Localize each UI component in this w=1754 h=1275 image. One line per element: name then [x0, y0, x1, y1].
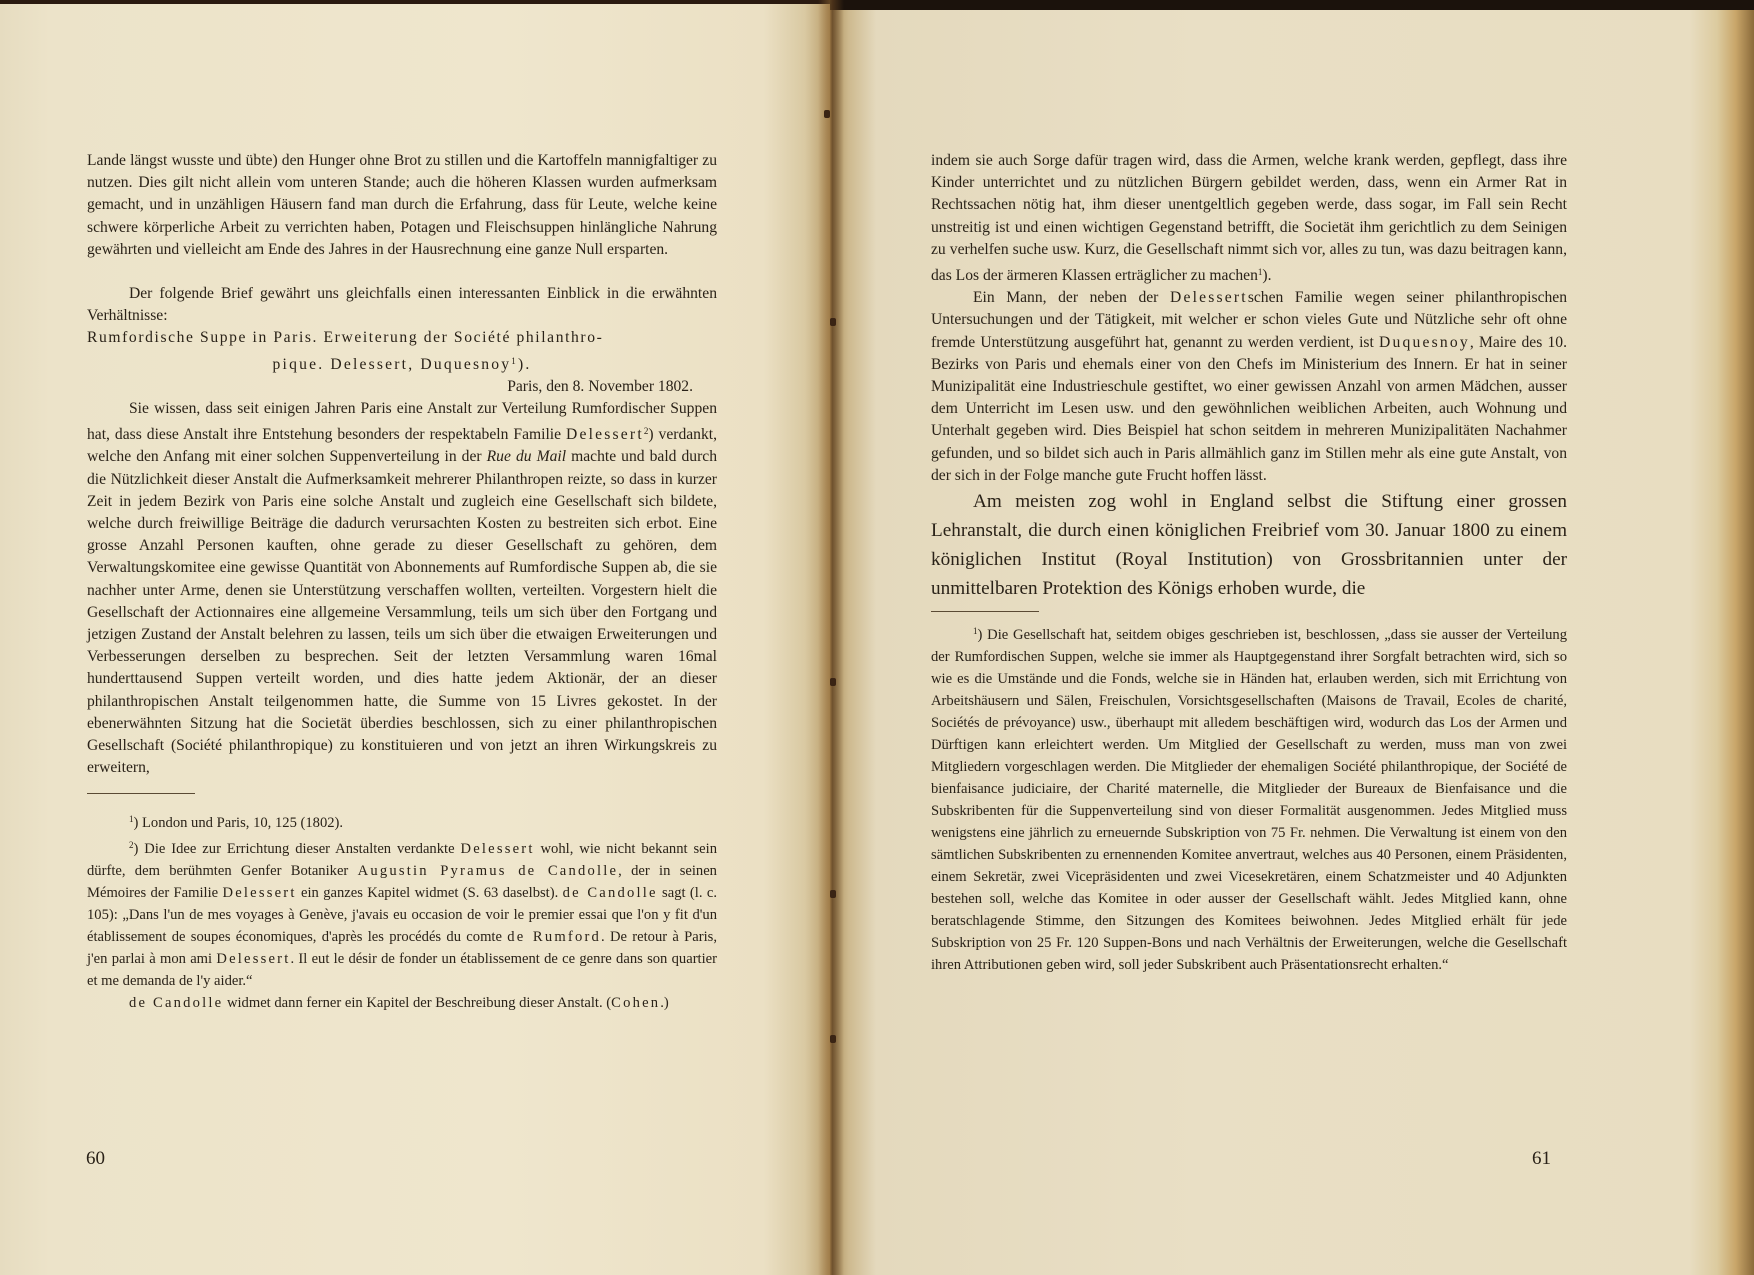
- footnote-ref: 1: [511, 356, 518, 366]
- street-name: Rue du Mail: [487, 448, 566, 465]
- binding-thread-mark: [830, 318, 836, 326]
- right-paragraph-1: indem sie auch Sorge dafür tragen wird, …: [931, 150, 1567, 287]
- left-paragraph-1: Lande längst wusste und übte) den Hunger…: [87, 150, 717, 261]
- left-page-text: Lande längst wusste und übte) den Hunger…: [87, 150, 717, 1014]
- binding-thread-mark: [824, 110, 830, 118]
- binding-thread-mark: [830, 890, 836, 898]
- page-number-right: 61: [1532, 1148, 1551, 1170]
- letter-dateline: Paris, den 8. November 1802.: [87, 376, 717, 398]
- right-paragraph-2: Ein Mann, der neben der Delessertschen F…: [931, 287, 1567, 487]
- book-spread: Lande längst wusste und übte) den Hunger…: [0, 0, 1754, 1275]
- page-number-left: 60: [86, 1148, 105, 1170]
- footnote-separator: [931, 611, 1039, 612]
- book-gutter: [818, 0, 844, 1275]
- footnote-2: 2) Die Idee zur Errichtung dieser Anstal…: [87, 834, 717, 992]
- letter-body: Sie wissen, dass seit einigen Jahren Par…: [87, 398, 717, 779]
- letter-heading-line-2: pique. Delessert, Duquesnoy1).: [87, 350, 717, 376]
- binding-thread-mark: [830, 1035, 836, 1043]
- left-paragraph-2: Der folgende Brief gewährt uns gleichfal…: [87, 283, 717, 327]
- footnote-separator: [87, 793, 195, 794]
- footnote-2-continuation: de Candolle widmet dann ferner ein Kapit…: [87, 992, 717, 1014]
- right-paragraph-3: Am meisten zog wohl in England selbst di…: [931, 487, 1567, 603]
- letter-heading-line-1: Rumfordische Suppe in Paris. Erweiterung…: [87, 327, 717, 349]
- right-page-text: indem sie auch Sorge dafür tragen wird, …: [931, 150, 1567, 976]
- footnote-1: 1) London und Paris, 10, 125 (1802).: [87, 808, 717, 834]
- name-delessert: Delessert: [566, 426, 644, 443]
- binding-thread-mark: [830, 678, 836, 686]
- footnote-1-right: 1) Die Gesellschaft hat, seitdem obiges …: [931, 620, 1567, 976]
- right-page: indem sie auch Sorge dafür tragen wird, …: [830, 0, 1754, 1275]
- left-page: Lande längst wusste und übte) den Hunger…: [0, 0, 830, 1275]
